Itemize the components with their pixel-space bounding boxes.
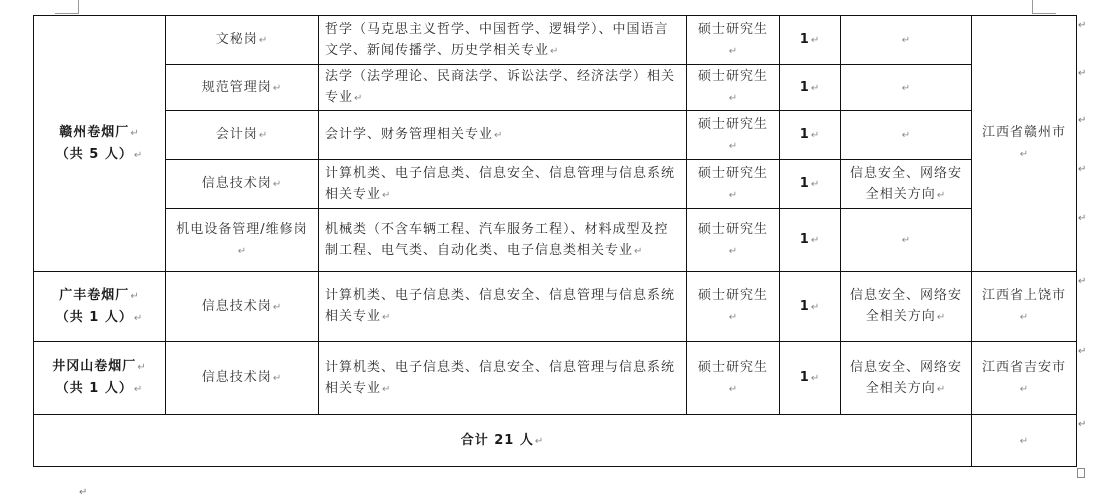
factory-cell-jinggangshan[interactable]: 井冈山卷烟厂↵ （共 1 人）↵ <box>34 342 166 415</box>
direction-cell[interactable]: ↵ <box>841 209 972 272</box>
location-cell-ganzhou[interactable]: 江西省赣州市↵ <box>972 16 1077 272</box>
location-cell-jian[interactable]: 江西省吉安市↵ <box>972 342 1077 415</box>
total-cell[interactable]: 合计 21 人↵ <box>34 415 972 467</box>
document-page: 赣州卷烟厂↵ （共 5 人）↵ 文秘岗↵ 哲学（马克思主义哲学、中国哲学、逻辑学… <box>0 0 1097 497</box>
row-end-mark: ↵ <box>1078 164 1086 175</box>
table-row: 机电设备管理/维修岗↵ 机械类（不含车辆工程、汽车服务工程）、材料成型及控制工程… <box>34 209 1077 272</box>
education-cell[interactable]: 硕士研究生↵ <box>687 16 780 65</box>
factory-count: （共 1 人） <box>56 381 133 396</box>
major-cell[interactable]: 会计学、财务管理相关专业↵ <box>319 111 687 160</box>
major-cell[interactable]: 计算机类、电子信息类、信息安全、信息管理与信息系统相关专业↵ <box>319 272 687 342</box>
row-end-mark: ↵ <box>1078 419 1086 430</box>
direction-cell[interactable]: ↵ <box>841 16 972 65</box>
row-end-mark: ↵ <box>1078 213 1086 224</box>
count-cell[interactable]: 1↵ <box>780 209 841 272</box>
factory-name: 赣州卷烟厂 <box>59 125 129 140</box>
row-end-mark: ↵ <box>1078 276 1086 287</box>
table-row: 规范管理岗↵ 法学（法学理论、民商法学、诉讼法学、经济法学）相关专业↵ 硕士研究… <box>34 65 1077 111</box>
row-end-mark: ↵ <box>1078 115 1086 126</box>
recruitment-table: 赣州卷烟厂↵ （共 5 人）↵ 文秘岗↵ 哲学（马克思主义哲学、中国哲学、逻辑学… <box>33 15 1077 467</box>
education-cell[interactable]: 硕士研究生↵ <box>687 342 780 415</box>
direction-cell[interactable]: 信息安全、网络安全相关方向↵ <box>841 272 972 342</box>
table-row: 会计岗↵ 会计学、财务管理相关专业↵ 硕士研究生↵ 1↵ ↵ <box>34 111 1077 160</box>
total-location-cell[interactable]: ↵ <box>972 415 1077 467</box>
direction-cell[interactable]: ↵ <box>841 111 972 160</box>
count-cell[interactable]: 1↵ <box>780 16 841 65</box>
direction-cell[interactable]: ↵ <box>841 65 972 111</box>
location-cell-shangrao[interactable]: 江西省上饶市↵ <box>972 272 1077 342</box>
count-cell[interactable]: 1↵ <box>780 160 841 209</box>
education-cell[interactable]: 硕士研究生↵ <box>687 160 780 209</box>
crop-mark-top-right <box>1032 0 1056 14</box>
factory-count: （共 5 人） <box>56 147 133 162</box>
factory-cell-ganzhou[interactable]: 赣州卷烟厂↵ （共 5 人）↵ <box>34 16 166 272</box>
row-end-mark: ↵ <box>1078 68 1086 79</box>
post-cell[interactable]: 机电设备管理/维修岗↵ <box>166 209 319 272</box>
crop-mark-top-left <box>55 0 79 14</box>
education-cell[interactable]: 硕士研究生↵ <box>687 272 780 342</box>
post-cell[interactable]: 信息技术岗↵ <box>166 272 319 342</box>
post-cell[interactable]: 规范管理岗↵ <box>166 65 319 111</box>
post-cell[interactable]: 文秘岗↵ <box>166 16 319 65</box>
factory-cell-guangfeng[interactable]: 广丰卷烟厂↵ （共 1 人）↵ <box>34 272 166 342</box>
post-cell[interactable]: 会计岗↵ <box>166 111 319 160</box>
table-row: 井冈山卷烟厂↵ （共 1 人）↵ 信息技术岗↵ 计算机类、电子信息类、信息安全、… <box>34 342 1077 415</box>
total-row: 合计 21 人↵ ↵ <box>34 415 1077 467</box>
row-end-mark: ↵ <box>1078 20 1086 31</box>
major-cell[interactable]: 计算机类、电子信息类、信息安全、信息管理与信息系统相关专业↵ <box>319 160 687 209</box>
count-cell[interactable]: 1↵ <box>780 272 841 342</box>
post-cell[interactable]: 信息技术岗↵ <box>166 160 319 209</box>
factory-name: 广丰卷烟厂 <box>59 288 129 303</box>
major-cell[interactable]: 哲学（马克思主义哲学、中国哲学、逻辑学）、中国语言文学、新闻传播学、历史学相关专… <box>319 16 687 65</box>
row-end-mark: ↵ <box>1078 346 1086 357</box>
count-cell[interactable]: 1↵ <box>780 342 841 415</box>
direction-cell[interactable]: 信息安全、网络安全相关方向↵ <box>841 342 972 415</box>
direction-cell[interactable]: 信息安全、网络安全相关方向↵ <box>841 160 972 209</box>
major-cell[interactable]: 法学（法学理论、民商法学、诉讼法学、经济法学）相关专业↵ <box>319 65 687 111</box>
table-row: 广丰卷烟厂↵ （共 1 人）↵ 信息技术岗↵ 计算机类、电子信息类、信息安全、信… <box>34 272 1077 342</box>
education-cell[interactable]: 硕士研究生↵ <box>687 111 780 160</box>
count-cell[interactable]: 1↵ <box>780 111 841 160</box>
post-cell[interactable]: 信息技术岗↵ <box>166 342 319 415</box>
table-row: 信息技术岗↵ 计算机类、电子信息类、信息安全、信息管理与信息系统相关专业↵ 硕士… <box>34 160 1077 209</box>
table-row: 赣州卷烟厂↵ （共 5 人）↵ 文秘岗↵ 哲学（马克思主义哲学、中国哲学、逻辑学… <box>34 16 1077 65</box>
factory-name: 井冈山卷烟厂 <box>52 359 136 374</box>
education-cell[interactable]: 硕士研究生↵ <box>687 209 780 272</box>
count-cell[interactable]: 1↵ <box>780 65 841 111</box>
paragraph-mark: ↵ <box>79 487 87 497</box>
major-cell[interactable]: 计算机类、电子信息类、信息安全、信息管理与信息系统相关专业↵ <box>319 342 687 415</box>
major-cell[interactable]: 机械类（不含车辆工程、汽车服务工程）、材料成型及控制工程、电气类、自动化类、电子… <box>319 209 687 272</box>
education-cell[interactable]: 硕士研究生↵ <box>687 65 780 111</box>
table-end-marker <box>1077 468 1085 478</box>
factory-count: （共 1 人） <box>56 310 133 325</box>
